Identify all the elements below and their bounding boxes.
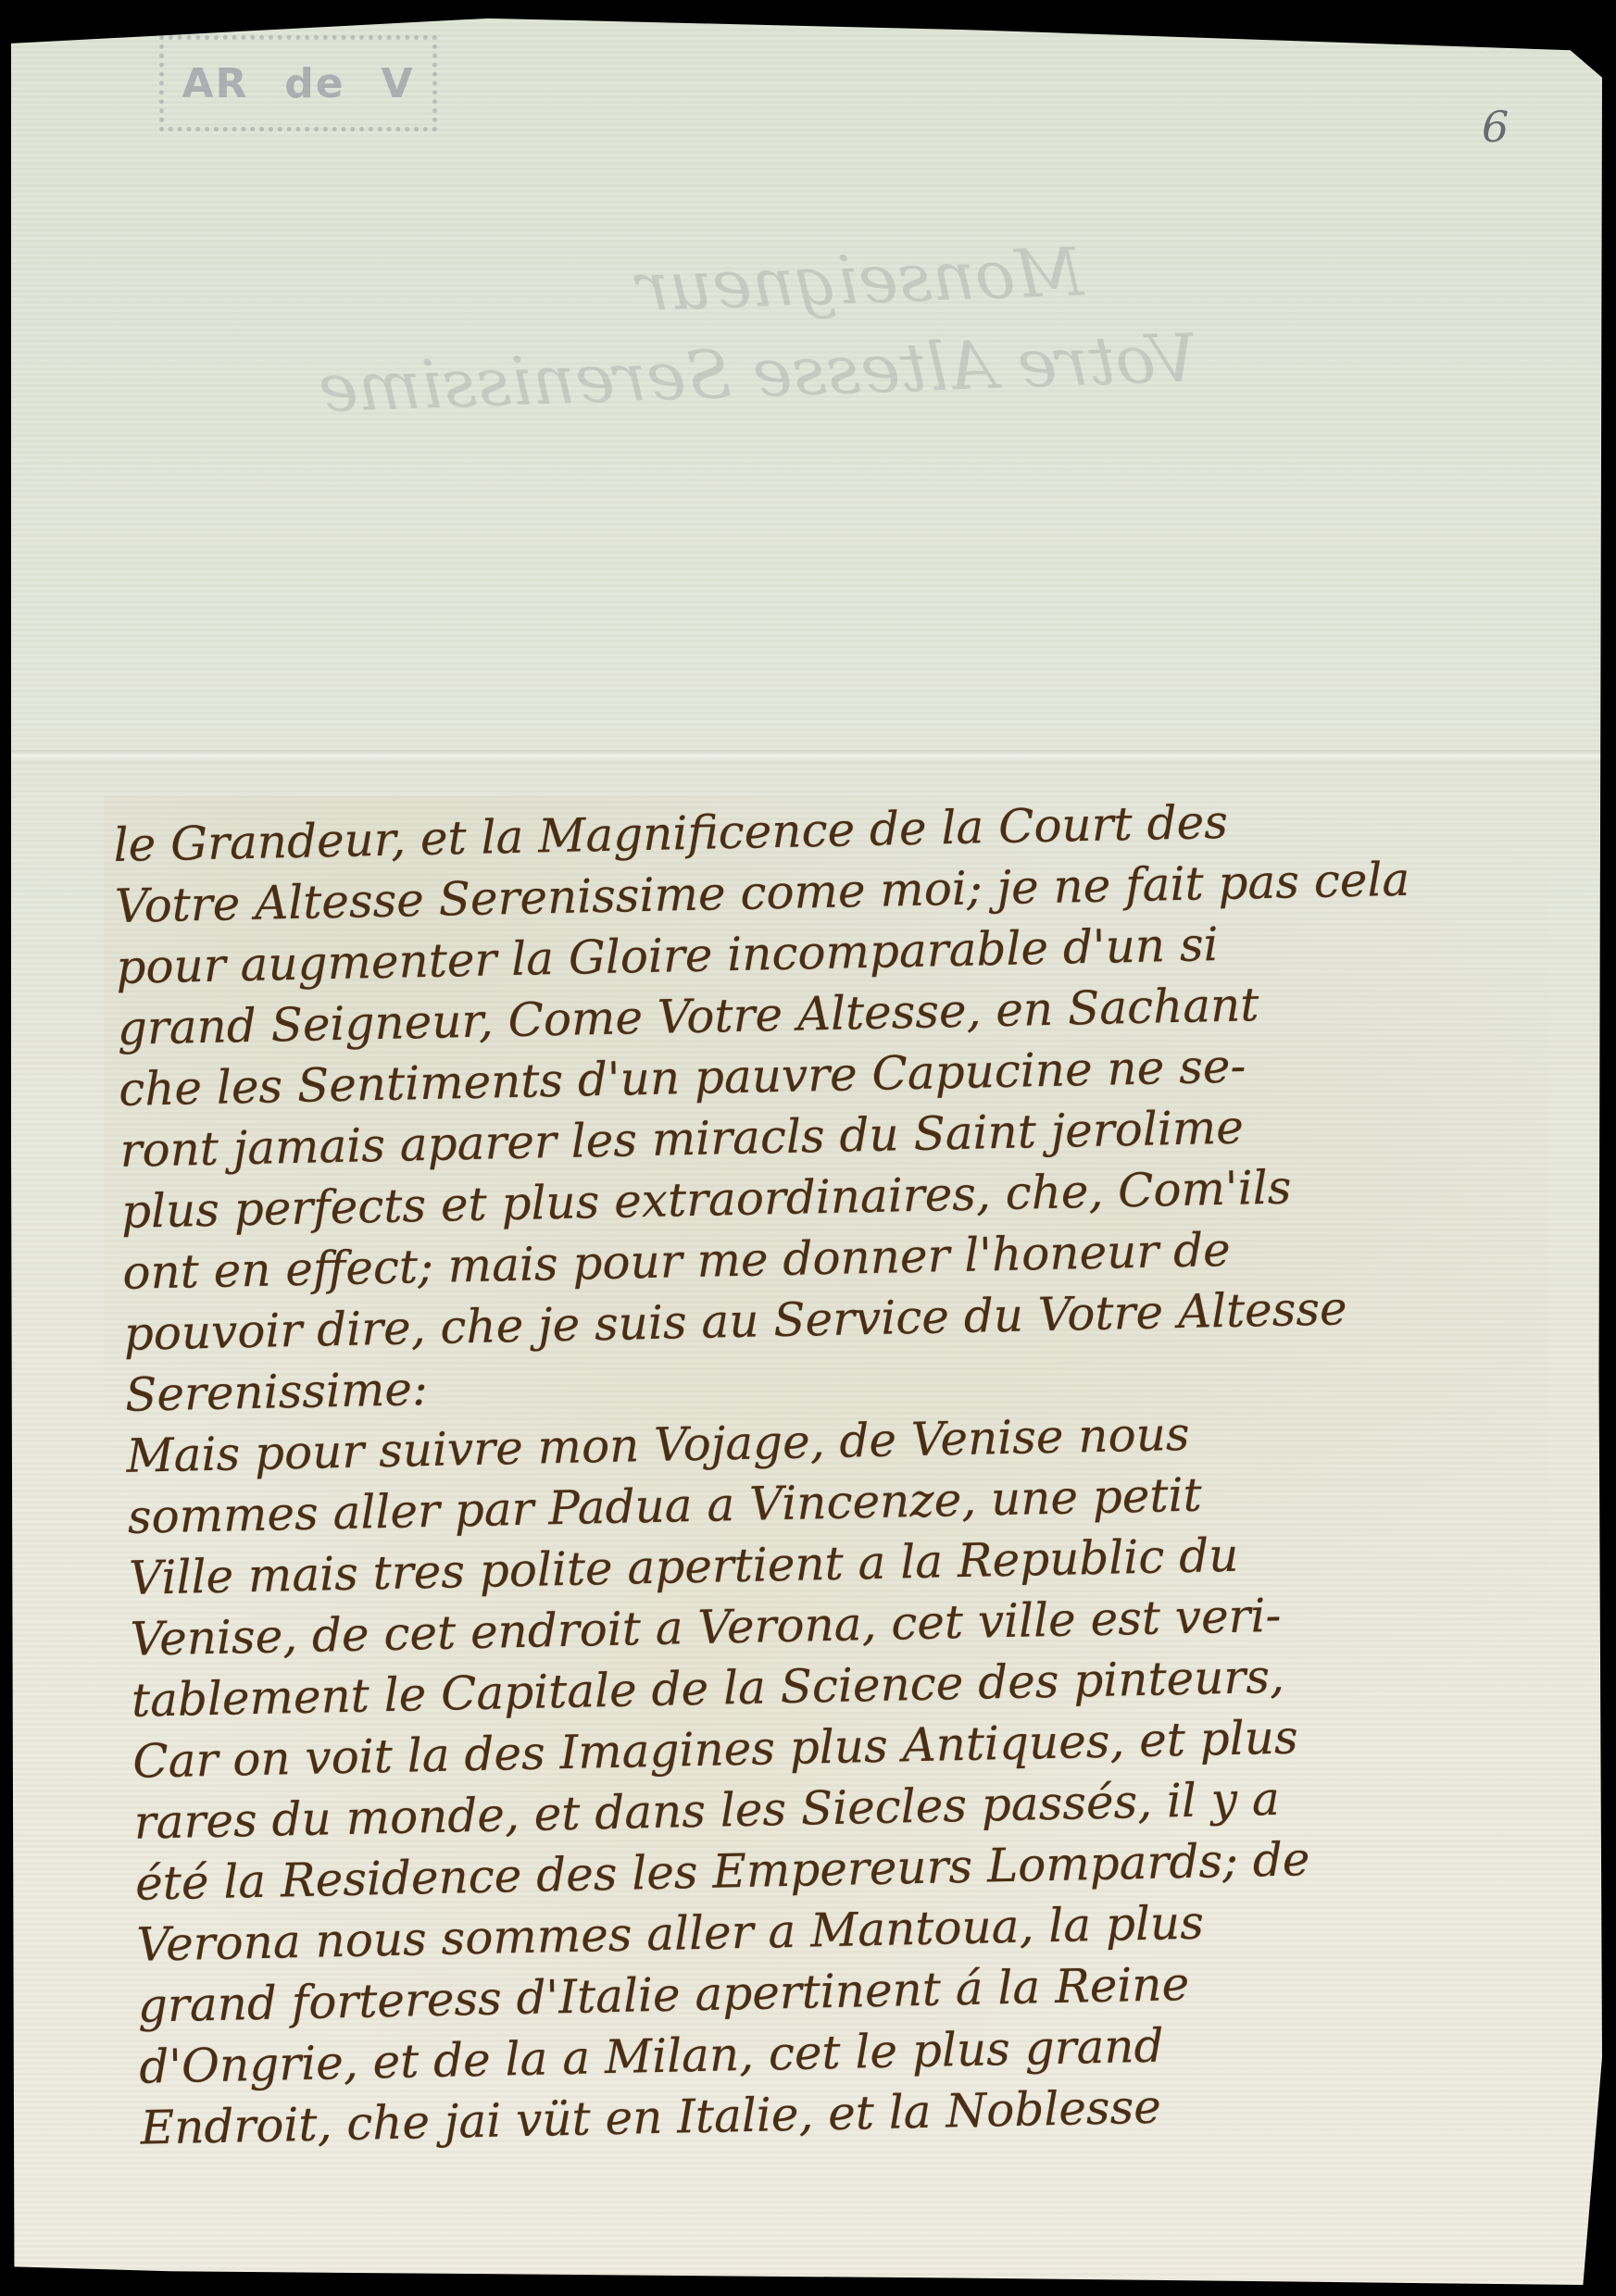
- fold-crease: [11, 750, 1602, 763]
- manuscript-page: AR de V 6 Monseigneur Votre Altesse Sere…: [11, 9, 1602, 2285]
- show-through-heading: Monseigneur Votre Altesse Serenissime: [314, 228, 1088, 434]
- letter-body: le Grandeur, et la Magnificence de la Co…: [113, 785, 1548, 2159]
- stamp-part-ar: AR: [182, 60, 248, 107]
- stamp-part-v: V: [381, 60, 414, 107]
- stamp-part-de: de: [284, 60, 344, 107]
- archive-stamp: AR de V: [159, 35, 437, 131]
- folio-number: 6: [1482, 102, 1509, 152]
